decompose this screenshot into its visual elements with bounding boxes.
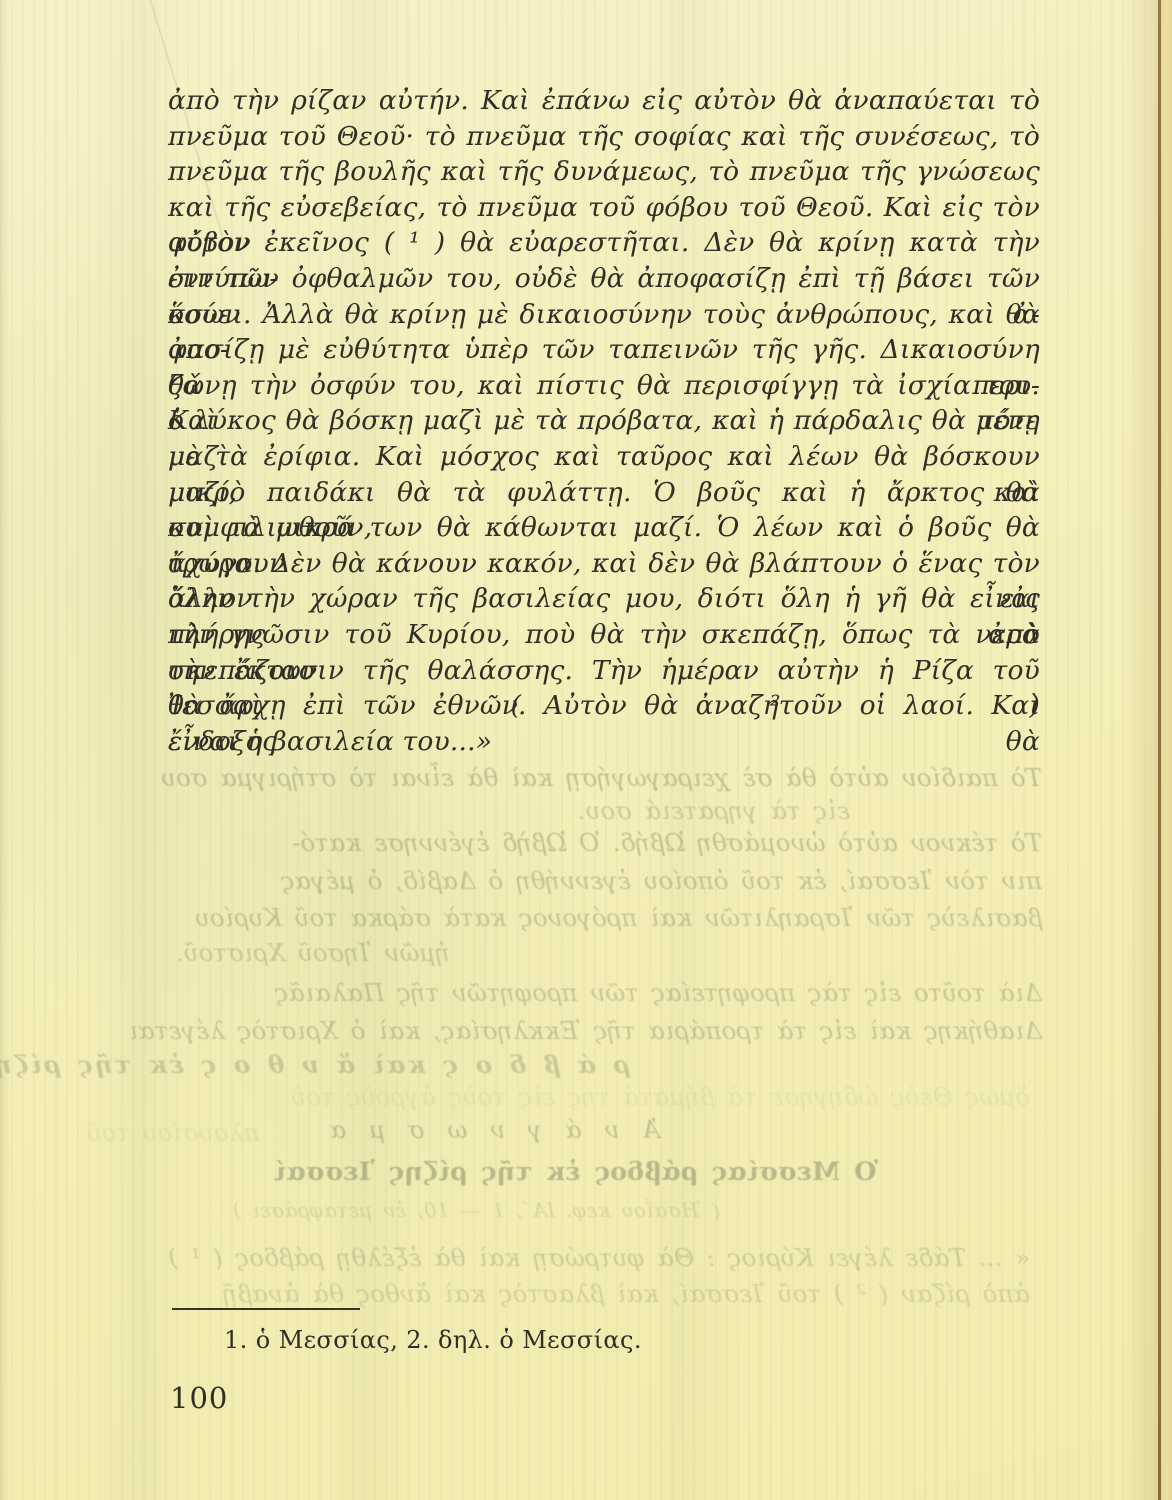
passage-line: θὰ ἄρχῃ ἐπὶ τῶν ἐθνῶν. Αὐτὸν θὰ ἀναζητοῦ… bbox=[168, 688, 1040, 724]
passage-line: φασίζῃ μὲ εὐθύτητα ὑπὲρ τῶν ταπεινῶν τῆς… bbox=[168, 332, 1040, 368]
scanned-book-page: Τὸ παιδίον αὐτὸ θὰ σὲ χειραγωγήσῃ καὶ θὰ… bbox=[0, 0, 1172, 1500]
passage-line: πνεῦμα τῆς βουλῆς καὶ τῆς δυνάμεως, τὸ π… bbox=[168, 154, 1040, 190]
ghost-text-line: « ... Τάδε λέγει Κύριος : Θὰ φυτρώσῃ καὶ… bbox=[170, 1243, 1030, 1274]
main-passage-text: ἀπὸ τὴν ρίζαν αὐτήν. Καὶ ἐπάνω εἰς αὐτὸν… bbox=[168, 83, 1040, 759]
footnote-text: 1. ὁ Μεσσίας, 2. δηλ. ὁ Μεσσίας. bbox=[224, 1326, 642, 1354]
passage-line: σιν τῶν ὀφθαλμῶν του, οὐδὲ θὰ ἀποφασίζῃ … bbox=[168, 261, 1040, 297]
ghost-text-line: βασιλεὺς τῶν Ἰσραηλιτῶν καὶ πρόγονος κατ… bbox=[170, 903, 1042, 934]
ghost-text-line: ρ ά β δ ο ς καὶ ἄ ν θ ο ς ἐκ τῆς ρίζης Ἰ… bbox=[150, 1050, 630, 1081]
ghost-text-line: Ὁ Μεσσίας ράβδος ἐκ τῆς ρίζης Ἰεσσαί bbox=[380, 1157, 878, 1189]
passage-line: αὐτὸν ἐκεῖνος ( ¹ ) θὰ εὐαρεστῆται. Δὲν … bbox=[168, 225, 1040, 261]
passage-line: ἄχυρα. Δὲν θὰ κάνουν κακόν, καὶ δὲν θὰ β… bbox=[168, 546, 1040, 582]
ghost-text-line: ἀπὸ ρίζαν ( ² ) τοῦ Ἰεσσαί, καὶ βλαστὸς … bbox=[150, 1279, 1030, 1310]
passage-line: τὴν γνῶσιν τοῦ Κυρίου, ποὺ θὰ τὴν σκεπάζ… bbox=[168, 617, 1040, 653]
passage-line: ζώνῃ τὴν ὀσφύν του, καὶ πίστις θὰ περισφ… bbox=[168, 368, 1040, 404]
ghost-text-line: πιν τὸν Ἰεσσαί, ἐκ τοῦ ὁποίου ἐγεννήθη ὁ… bbox=[170, 866, 1042, 897]
passage-line: τὴν ἔκτασιν τῆς θαλάσσης. Τὴν ἡμέραν αὐτ… bbox=[168, 653, 1040, 689]
ghost-text-line: Τὸ τέκνον αὐτὸ ὠνομάσθη Ὠβήδ. Ὁ Ὠβὴδ ἐγέ… bbox=[200, 828, 1042, 859]
page-edge-shadow bbox=[1124, 0, 1158, 1500]
ghost-text-line: Διὰ τοῦτο εἰς τὰς προφητείας τῶν προφητῶ… bbox=[200, 978, 1042, 1009]
page-edge-strip bbox=[1161, 0, 1172, 1500]
passage-line: ὁ λύκος θὰ βόσκῃ μαζὶ μὲ τὰ πρόβατα, καὶ… bbox=[168, 403, 1040, 439]
ghost-text-line: εἰς τὰ γηρατειά σου. bbox=[430, 796, 850, 827]
passage-line: μικρὸ παιδάκι θὰ τὰ φυλάττῃ. Ὁ βοῦς καὶ … bbox=[168, 475, 1040, 511]
passage-line: πνεῦμα τοῦ Θεοῦ· τὸ πνεῦμα τῆς σοφίας κα… bbox=[168, 119, 1040, 155]
passage-line: καὶ τὰ μικρά των θὰ κάθωνται μαζί. Ὁ λέω… bbox=[168, 510, 1040, 546]
ghost-text-line: ἡμῶν Ἰησοῦ Χριστοῦ. bbox=[150, 938, 450, 969]
page-left-edge-shade bbox=[0, 0, 10, 1500]
passage-line: ὅλην τὴν χώραν τῆς βασιλείας μου, διότι … bbox=[168, 581, 1040, 617]
passage-line: ἀπὸ τὴν ρίζαν αὐτήν. Καὶ ἐπάνω εἰς αὐτὸν… bbox=[168, 83, 1040, 119]
passage-line: καὶ τῆς εὐσεβείας, τὸ πνεῦμα τοῦ φόβου τ… bbox=[168, 190, 1040, 226]
passage-line: κούει. Ἀλλὰ θὰ κρίνῃ μὲ δικαιοσύνην τοὺς… bbox=[168, 297, 1040, 333]
ghost-text-line: Διαθήκης καὶ εἰς τὰ τροπάρια τῆς Ἐκκλησί… bbox=[170, 1016, 1042, 1047]
ghost-text-line: Ἀ ν ά γ ν ω σ μ α bbox=[350, 1115, 660, 1146]
ghost-text-line: Τὸ παιδίον αὐτὸ θὰ σὲ χειραγωγήσῃ καὶ θὰ… bbox=[170, 763, 1042, 794]
footnote-divider-rule bbox=[172, 1308, 360, 1310]
passage-line: μὲ τὰ ἐρίφια. Καὶ μόσχος καὶ ταῦρος καὶ … bbox=[168, 439, 1040, 475]
ghost-text-line: πλουσίου τοῦ bbox=[120, 1118, 260, 1149]
page-number: 100 bbox=[170, 1381, 228, 1415]
ghost-text-line: ὅμως Θεὸς ὡδήγησε τὰ βήματά της εἰς τοὺς… bbox=[170, 1082, 1030, 1113]
ghost-text-line: ( Ἡσαΐου κεφ. ΙΑ´, 1 — 10, ἐν μεταφράσει… bbox=[390, 1198, 720, 1223]
